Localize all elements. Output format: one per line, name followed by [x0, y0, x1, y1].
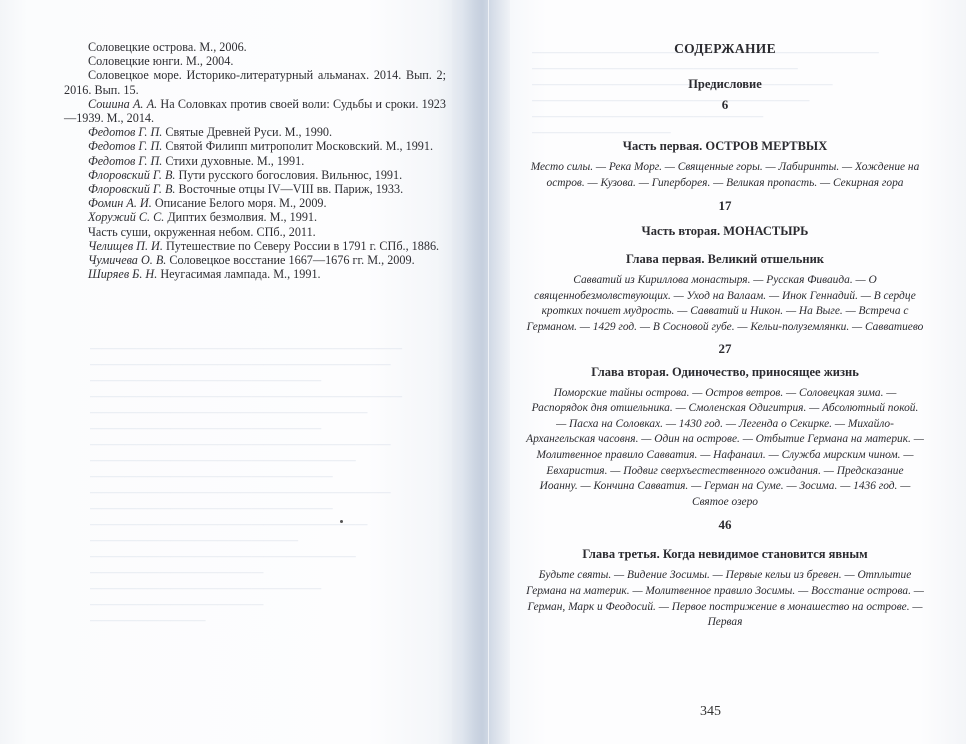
bibliography-entry: Хоружий С. С. Диптих безмолвия. М., 1991…: [64, 210, 446, 224]
bibliography-entry: Сошина А. А. На Соловках против своей во…: [64, 97, 446, 125]
entry-text: Путешествие по Северу России в 1791 г. С…: [163, 239, 439, 253]
entry-author: Чумичева О. В.: [88, 253, 166, 267]
toc-preface-page: 6: [522, 96, 928, 114]
toc-chapter1-heading: Глава первая. Великий отшельник: [522, 251, 928, 267]
toc-chapter2-description: Поморские тайны острова. — Остров ветров…: [522, 386, 928, 511]
bibliography-entry: Ширяев Б. Н. Неугасимая лампада. М., 199…: [64, 267, 446, 281]
bibliography-entry: Чумичева О. В. Соловецкое восстание 1667…: [64, 253, 446, 267]
bibliography-entry: Фомин А. И. Описание Белого моря. М., 20…: [64, 196, 446, 210]
bleed-through-left: ————————————————————————————————————————…: [90, 340, 450, 660]
print-speck: [340, 520, 343, 523]
entry-author: Фомин А. И.: [88, 196, 152, 210]
entry-author: Федотов Г. П.: [88, 139, 162, 153]
entry-text: Пути русского богословия. Вильнюс, 1991.: [175, 168, 402, 182]
bibliography-entry: Соловецкие острова. М., 2006.: [64, 40, 446, 54]
toc-chapter1-description: Савватий из Кириллова монастыря. — Русск…: [522, 273, 928, 335]
entry-author: Флоровский Г. В.: [88, 168, 175, 182]
entry-text: Неугасимая лампада. М., 1991.: [157, 267, 320, 281]
bibliography-entry: Федотов Г. П. Святые Древней Руси. М., 1…: [64, 125, 446, 139]
entry-text: Стихи духовные. М., 1991.: [162, 154, 304, 168]
entry-text: Соловецкие острова. М., 2006.: [88, 40, 247, 54]
bibliography-entry: Федотов Г. П. Стихи духовные. М., 1991.: [64, 154, 446, 168]
entry-author: Челищев П. И.: [88, 239, 163, 253]
entry-text: Описание Белого моря. М., 2009.: [152, 196, 327, 210]
toc-chapter2-page: 46: [522, 516, 928, 534]
bibliography-entry: Челищев П. И. Путешествие по Северу Росс…: [64, 239, 446, 253]
entry-author: Федотов Г. П.: [88, 154, 162, 168]
entry-author: Флоровский Г. В.: [88, 182, 175, 196]
toc-chapter1-page: 27: [522, 340, 928, 358]
toc-part1-heading: Часть первая. ОСТРОВ МЕРТВЫХ: [522, 138, 928, 154]
entry-text: Святые Древней Руси. М., 1990.: [162, 125, 332, 139]
entry-text: Диптих безмолвия. М., 1991.: [164, 210, 317, 224]
bibliography-entry: Флоровский Г. В. Восточные отцы IV—VIII …: [64, 182, 446, 196]
entry-text: Восточные отцы IV—VIII вв. Париж, 1933.: [175, 182, 403, 196]
bibliography-entry: Федотов Г. П. Святой Филипп митрополит М…: [64, 139, 446, 153]
book-gutter: [452, 0, 510, 744]
entry-text: Святой Филипп митрополит Московский. М.,…: [162, 139, 433, 153]
entry-author: Хоружий С. С.: [88, 210, 164, 224]
toc-title: СОДЕРЖАНИЕ: [522, 40, 928, 76]
bibliography-entry: Флоровский Г. В. Пути русского богослови…: [64, 168, 446, 182]
page-number: 345: [700, 704, 721, 720]
toc-part1-page: 17: [522, 197, 928, 215]
toc-chapter3-description: Будьте святы. — Видение Зосимы. — Первые…: [522, 568, 928, 630]
toc-part2-heading: Часть вторая. МОНАСТЫРЬ: [522, 223, 928, 239]
bibliography-entry: Часть суши, окруженная небом. СПб., 2011…: [64, 225, 446, 239]
entry-text: Соловецкое восстание 1667—1676 гг. М., 2…: [166, 253, 414, 267]
entry-author: Сошина А. А.: [88, 97, 157, 111]
entry-text: Соловецкие юнги. М., 2004.: [88, 54, 233, 68]
entry-text: Соловецкое море. Историко-литературный а…: [64, 68, 446, 96]
bibliography-list: Соловецкие острова. М., 2006.Соловецкие …: [64, 40, 446, 281]
toc-chapter2-heading: Глава вторая. Одиночество, приносящее жи…: [522, 364, 928, 380]
toc-chapter3-heading: Глава третья. Когда невидимое становится…: [522, 546, 928, 562]
book-spread: ————————————————————————————————————————…: [0, 0, 966, 744]
bibliography-entry: Соловецкие юнги. М., 2004.: [64, 54, 446, 68]
entry-author: Ширяев Б. Н.: [88, 267, 157, 281]
entry-text: Часть суши, окруженная небом. СПб., 2011…: [88, 225, 316, 239]
entry-author: Федотов Г. П.: [88, 125, 162, 139]
toc-part1-description: Место силы. — Река Морг. — Священные гор…: [522, 160, 928, 191]
bibliography-entry: Соловецкое море. Историко-литературный а…: [64, 68, 446, 96]
gutter-fold-line: [488, 0, 489, 744]
table-of-contents: СОДЕРЖАНИЕ Предисловие 6 Часть первая. О…: [522, 40, 928, 631]
toc-preface-heading: Предисловие: [522, 76, 928, 92]
